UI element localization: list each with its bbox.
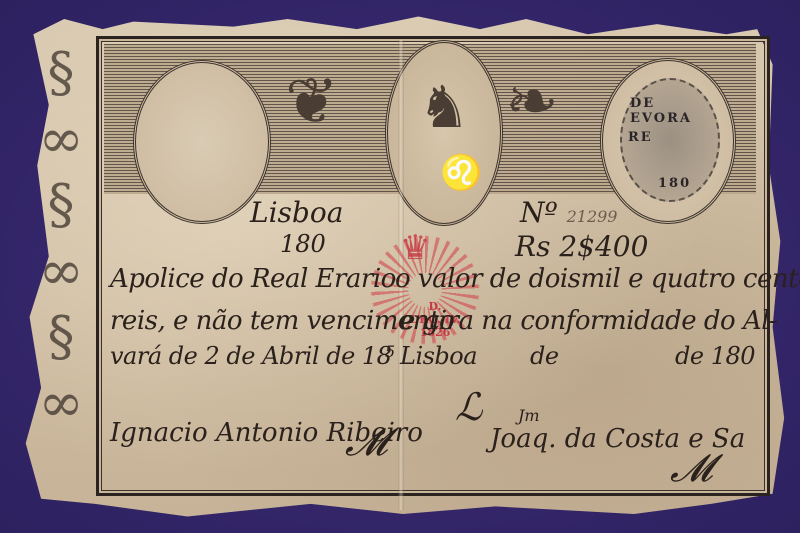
body-line-1-left: Apolice do Real Erario — [110, 264, 396, 294]
body-line-3-digit: 5 — [385, 342, 395, 361]
black-stamp-text-bottom: 180 — [658, 176, 691, 191]
black-circular-stamp: DE EVORA RE 180 — [620, 78, 720, 202]
place-lisboa: Lisboa — [250, 196, 343, 229]
body-line-1: Apolice do Real Erario o valor de doismi… — [110, 264, 396, 294]
amount-value: 2$400 — [559, 230, 648, 263]
signature-flourish-left: 𝓜 — [345, 420, 388, 465]
number-value: 21299 — [567, 207, 618, 226]
ornamental-scroll-border: §∞§∞§∞ — [26, 40, 96, 490]
body-line-3: vará de 2 de Abril de 18 5 Lisboa de de … — [110, 342, 391, 370]
date-year: 180 — [280, 230, 326, 258]
black-stamp-text-mid: RE — [628, 130, 653, 145]
denomination: Rs 2$400 — [515, 230, 648, 263]
body-line-3-place: Lisboa — [400, 342, 477, 370]
number-label: Nº — [520, 196, 558, 229]
left-foliage-ornament: ❦ — [285, 70, 339, 134]
serial-number: Nº 21299 — [520, 196, 617, 229]
body-line-2-right: e gira na conformidade do Al- — [400, 306, 777, 336]
right-foliage-ornament: ❧ — [505, 70, 559, 134]
body-line-2: reis, e não tem vencimento e gira na con… — [110, 306, 454, 336]
body-line-3-right: de 180 — [675, 342, 755, 370]
amount-label: Rs — [515, 230, 550, 263]
signature-monogram: ℒ — [455, 385, 482, 429]
body-line-3-de: de — [530, 342, 559, 370]
body-line-1-right: o valor de doismil e quatro centos — [395, 264, 800, 294]
crown-icon: ♛ — [400, 228, 430, 268]
lion-icon: ♌ — [440, 153, 482, 193]
black-stamp-text-top: DE EVORA — [630, 96, 718, 126]
signature-right-title: Jm — [518, 406, 540, 425]
signature-flourish-right: 𝓜 — [670, 446, 713, 491]
body-line-3-left: vará de 2 de Abril de 18 — [110, 342, 391, 370]
warrior-figure-icon: ♞ — [418, 73, 470, 141]
